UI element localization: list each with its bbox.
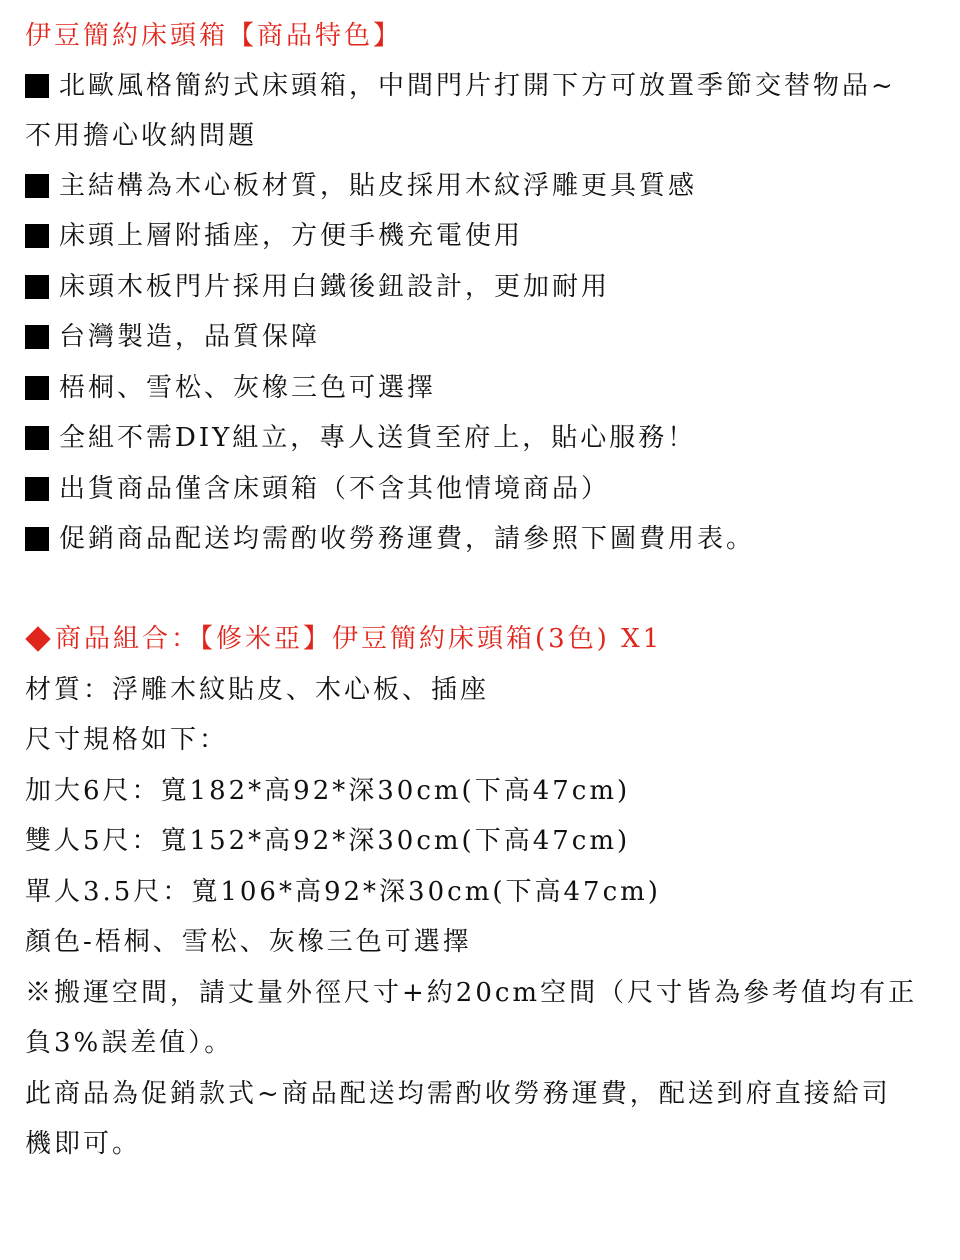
feature-item: 梧桐、雪松、灰橡三色可選擇 [25,368,436,408]
feature-text: 北歐風格簡約式床頭箱，中間門片打開下方可放置季節交替物品~ [59,66,896,106]
feature-item: 全組不需DIY組立，專人送貨至府上，貼心服務！ [25,418,696,458]
feature-item-continuation: 不用擔心收納問題 [25,116,257,156]
combo-title-text: 商品組合：【修米亞】伊豆簡約床頭箱(3色) X1 [55,619,662,659]
size-spec-single: 單人3.5尺：寬106*高92*深30cm(下高47cm) [25,872,661,912]
feature-text: 床頭上層附插座，方便手機充電使用 [59,216,523,256]
feature-text: 出貨商品僅含床頭箱（不含其他情境商品） [59,469,610,509]
feature-item: 北歐風格簡約式床頭箱，中間門片打開下方可放置季節交替物品~ [25,66,896,106]
feature-text: 全組不需DIY組立，專人送貨至府上，貼心服務！ [59,418,696,458]
shipping-note: 此商品為促銷款式~商品配送均需酌收勞務運費，配送到府直接給司 [25,1074,891,1114]
feature-item: 出貨商品僅含床頭箱（不含其他情境商品） [25,469,610,509]
size-spec-queen: 雙人5尺：寬152*高92*深30cm(下高47cm) [25,821,630,861]
feature-item: 床頭木板門片採用白鐵後鈕設計，更加耐用 [25,267,610,307]
square-bullet-icon [25,74,49,98]
feature-text: 促銷商品配送均需酌收勞務運費，請參照下圖費用表。 [59,519,755,559]
color-options: 顏色-梧桐、雪松、灰橡三色可選擇 [25,922,472,962]
feature-item: 促銷商品配送均需酌收勞務運費，請參照下圖費用表。 [25,519,755,559]
size-heading: 尺寸規格如下： [25,720,228,760]
square-bullet-icon [25,224,49,248]
shipping-note-continuation: 機即可。 [25,1124,141,1164]
material-spec: 材質：浮雕木紋貼皮、木心板、插座 [25,670,489,710]
feature-text: 主結構為木心板材質，貼皮採用木紋浮雕更具質感 [59,166,697,206]
feature-item: 主結構為木心板材質，貼皮採用木紋浮雕更具質感 [25,166,697,206]
product-description-page: 伊豆簡約床頭箱【商品特色】 北歐風格簡約式床頭箱，中間門片打開下方可放置季節交替… [0,0,960,1260]
square-bullet-icon [25,376,49,400]
feature-item: 台灣製造，品質保障 [25,317,320,357]
square-bullet-icon [25,325,49,349]
square-bullet-icon [25,426,49,450]
combo-title: 商品組合：【修米亞】伊豆簡約床頭箱(3色) X1 [25,619,662,659]
square-bullet-icon [25,477,49,501]
moving-space-note: ※搬運空間，請丈量外徑尺寸+約20cm空間（尺寸皆為參考值均有正 [25,973,917,1013]
feature-text: 台灣製造，品質保障 [59,317,320,357]
square-bullet-icon [25,527,49,551]
moving-space-note-continuation: 負3%誤差值）。 [25,1023,233,1063]
feature-text: 床頭木板門片採用白鐵後鈕設計，更加耐用 [59,267,610,307]
square-bullet-icon [25,174,49,198]
square-bullet-icon [25,275,49,299]
diamond-bullet-icon [25,626,50,651]
features-title: 伊豆簡約床頭箱【商品特色】 [25,16,402,56]
size-spec-king: 加大6尺：寬182*高92*深30cm(下高47cm) [25,771,630,811]
feature-text: 梧桐、雪松、灰橡三色可選擇 [59,368,436,408]
feature-item: 床頭上層附插座，方便手機充電使用 [25,216,523,256]
